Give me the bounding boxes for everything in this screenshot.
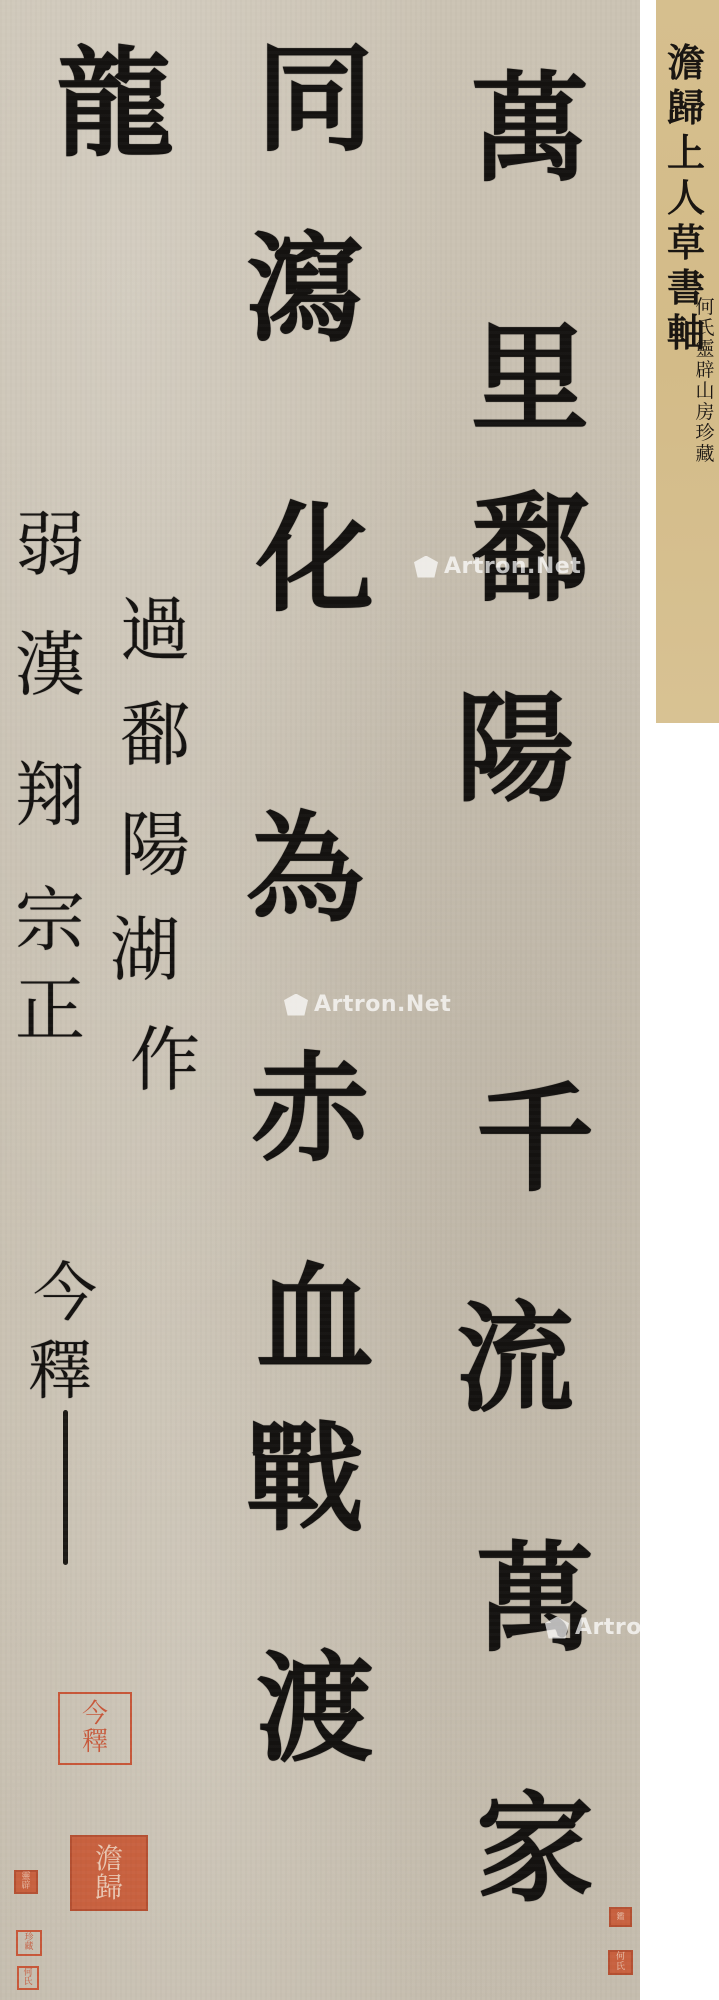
label-title-char: 歸 xyxy=(664,85,708,130)
main-glyph: 里 xyxy=(455,320,605,438)
main-glyph: 渡 xyxy=(240,1650,390,1768)
inscription-glyph: 漢 xyxy=(5,630,95,700)
seal-char: 釋 xyxy=(82,1729,108,1756)
label-title-char: 草 xyxy=(664,220,708,265)
seal-char: 鑑 xyxy=(617,1913,625,1921)
artron-logo-icon xyxy=(414,556,438,578)
inscription-glyph: 宗 xyxy=(5,885,95,955)
signature-brush-tail xyxy=(63,1410,68,1565)
inscription-glyph: 陽 xyxy=(110,810,200,880)
label-subtitle: 何 氏 靈 辟 山 房 珍 藏 xyxy=(694,297,716,465)
main-glyph: 同 xyxy=(240,40,390,158)
watermark-text: Artron.Net xyxy=(444,554,581,579)
main-glyph: 流 xyxy=(440,1300,590,1418)
main-glyph: 赤 xyxy=(235,1050,385,1168)
signature-seal: 今釋 xyxy=(58,1692,132,1765)
inscription-glyph: 作 xyxy=(120,1025,210,1095)
main-glyph: 萬 xyxy=(455,70,605,188)
watermark: Artron.Net xyxy=(284,992,451,1017)
label-subtitle-char: 房 xyxy=(694,402,716,423)
inscription-glyph: 翔 xyxy=(5,760,95,830)
label-subtitle-char: 氏 xyxy=(694,318,716,339)
title-label-strip: 澹 歸 上 人 草 書 軸 何 氏 靈 辟 山 房 珍 藏 xyxy=(656,0,719,723)
label-subtitle-char: 山 xyxy=(694,381,716,402)
label-subtitle-char: 藏 xyxy=(694,444,716,465)
seal-char: 今 xyxy=(82,1701,108,1728)
small-seal: 珍藏 xyxy=(16,1930,42,1956)
watermark: Artron.Net xyxy=(414,554,581,579)
signature-glyph: 今 xyxy=(30,1262,100,1326)
main-glyph: 鄱 xyxy=(455,490,605,608)
main-glyph: 戰 xyxy=(230,1420,380,1538)
main-glyph: 家 xyxy=(460,1790,610,1908)
main-glyph: 萬 xyxy=(460,1540,610,1658)
inscription-glyph: 湖 xyxy=(100,915,190,985)
right-small-seal: 何氏 xyxy=(608,1950,633,1975)
small-seal: 靈辟 xyxy=(14,1870,38,1894)
label-title-char: 上 xyxy=(664,130,708,175)
large-red-seal: 澹歸 xyxy=(70,1835,148,1911)
signature-glyph: 釋 xyxy=(25,1340,95,1404)
main-glyph: 瀉 xyxy=(230,230,380,348)
inscription-glyph: 正 xyxy=(5,975,95,1045)
artron-logo-icon xyxy=(284,994,308,1016)
inscription-glyph: 過 xyxy=(110,595,200,665)
label-subtitle-char: 辟 xyxy=(694,360,716,381)
label-subtitle-char: 何 xyxy=(694,297,716,318)
seal-char: 氏 xyxy=(23,1978,32,1987)
label-subtitle-char: 珍 xyxy=(694,423,716,444)
seal-char: 氏 xyxy=(616,1963,625,1972)
label-title-char: 人 xyxy=(664,175,708,220)
small-seal: 何氏 xyxy=(17,1966,39,1990)
seal-char: 澹 xyxy=(95,1844,123,1873)
main-glyph: 血 xyxy=(240,1260,390,1378)
label-subtitle-char: 靈 xyxy=(694,339,716,360)
seal-char: 歸 xyxy=(95,1873,123,1902)
main-glyph: 為 xyxy=(230,810,380,928)
main-glyph: 陽 xyxy=(440,690,590,808)
seal-char: 藏 xyxy=(24,1943,33,1952)
seal-char: 辟 xyxy=(21,1882,30,1891)
inscription-glyph: 弱 xyxy=(5,510,95,580)
right-small-seal: 鑑 xyxy=(609,1907,632,1927)
watermark: Artron.Net xyxy=(545,1615,712,1640)
main-glyph: 千 xyxy=(460,1080,610,1198)
watermark-text: Artron.Net xyxy=(314,992,451,1017)
watermark-text: Artron.Net xyxy=(575,1615,712,1640)
main-glyph: 化 xyxy=(240,500,390,618)
inscription-glyph: 鄱 xyxy=(110,700,200,770)
main-glyph: 龍 xyxy=(40,45,190,163)
artron-logo-icon xyxy=(545,1617,569,1639)
label-title-char: 澹 xyxy=(664,40,708,85)
